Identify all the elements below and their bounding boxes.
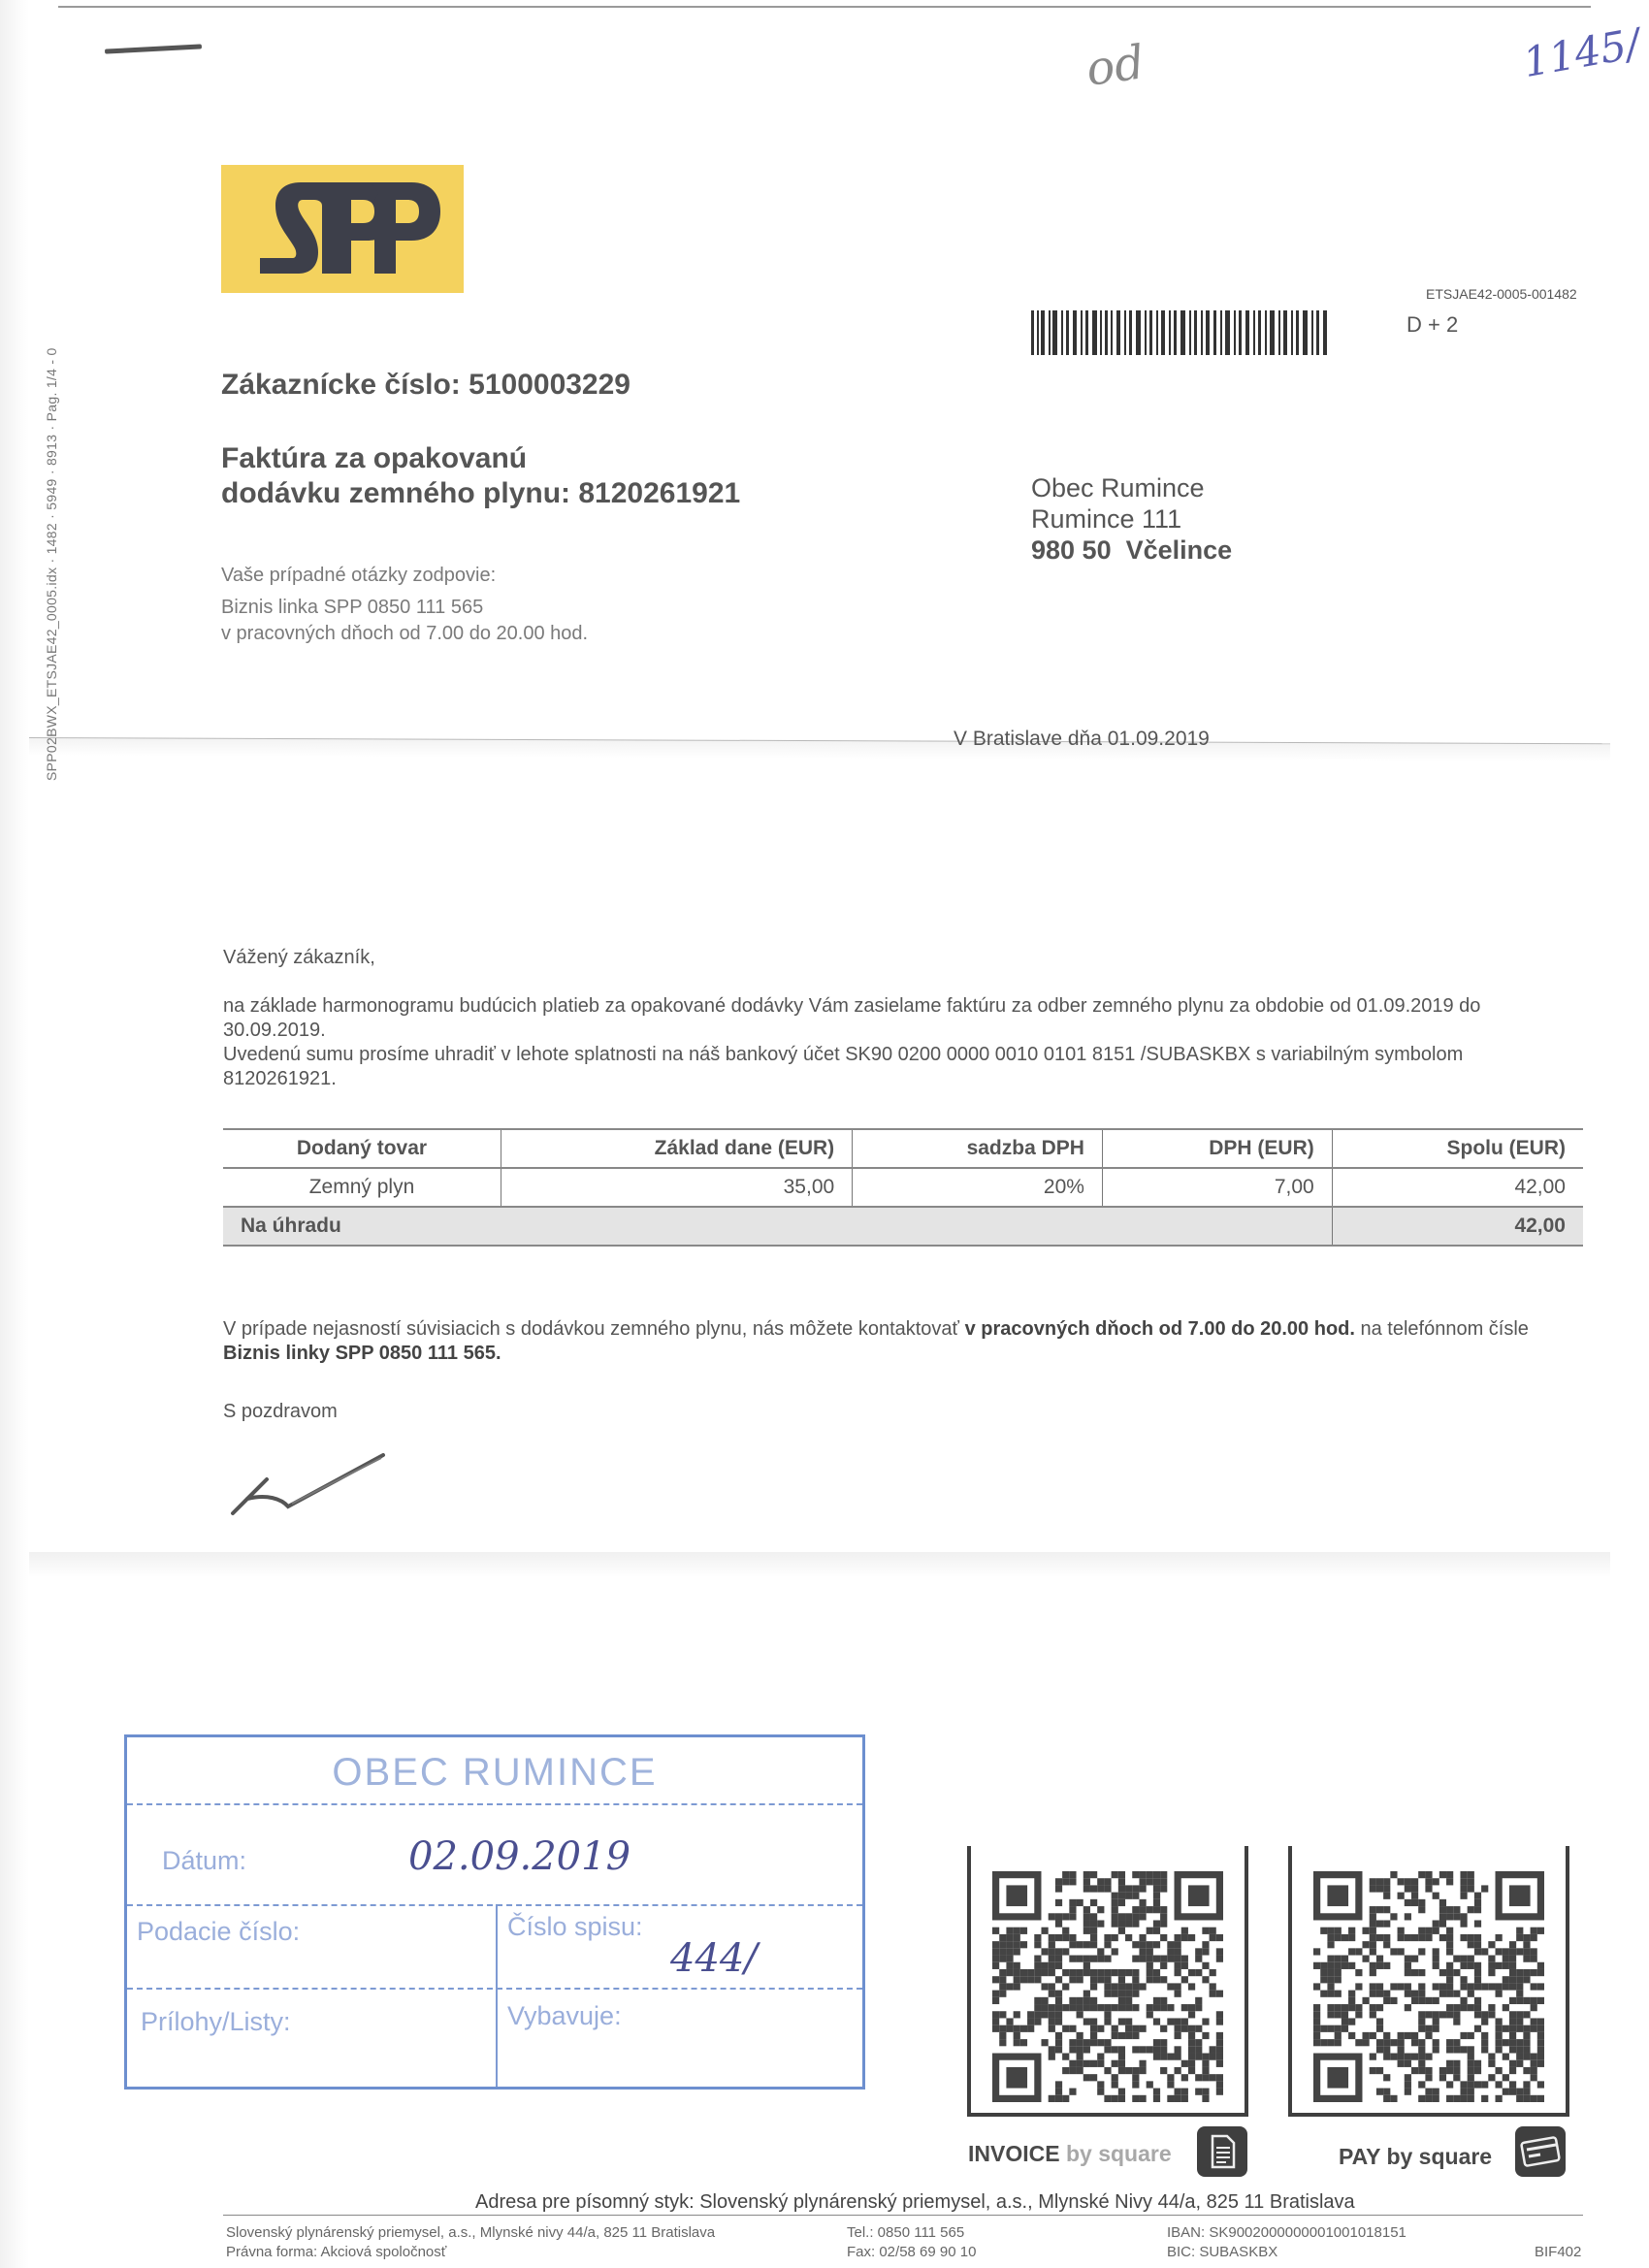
stamp-name: OBEC RUMINCE <box>127 1751 862 1795</box>
legal-form: Právna forma: Akciová spoločnosť <box>226 2243 715 2262</box>
note-text: V prípade nejasností súvisiacich s dodáv… <box>223 1318 965 1340</box>
spp-logo <box>221 165 464 293</box>
invoice-number: 8120261921 <box>578 477 740 509</box>
column-header: Základ dane (EUR) <box>501 1129 853 1168</box>
handwritten-registration-number: 1145/ <box>1520 19 1644 86</box>
page-fold <box>29 737 1610 761</box>
page-fold <box>29 1552 1610 1577</box>
table-header-row: Dodaný tovar Základ dane (EUR) sadzba DP… <box>223 1129 1583 1168</box>
by-square-label: by square <box>1066 2141 1172 2166</box>
stamp-attachments-label: Prílohy/Listy: <box>141 2007 291 2037</box>
footer-phone: Tel.: 0850 111 565 Fax: 02/58 69 90 10 <box>847 2223 976 2262</box>
regards: S pozdravom <box>223 1400 1581 1424</box>
document-code: ETSJAE42-0005-001482 <box>1426 286 1577 302</box>
stamp-file-number-value: 444/ <box>670 1936 758 1981</box>
letter-paragraph-2: Uvedenú sumu prosíme uhradiť v lehote sp… <box>223 1043 1581 1091</box>
signature <box>228 1450 403 1528</box>
footer-company: Slovenský plynárenský priemysel, a.s., M… <box>226 2223 715 2262</box>
vat-rate: 20% <box>853 1168 1103 1207</box>
note-phone: Biznis linky SPP 0850 111 565. <box>223 1343 501 1364</box>
contact-note: V prípade nejasností súvisiacich s dodáv… <box>223 1317 1581 1366</box>
total-value: 42,00 <box>1332 1207 1583 1246</box>
contact-heading: Vaše prípadné otázky zodpovie: <box>221 563 588 589</box>
invoice-qr-frame <box>967 1846 1248 2117</box>
stamp-date-value: 02.09.2019 <box>408 1834 630 1879</box>
handwritten-note: od <box>1083 35 1148 97</box>
scan-edge <box>0 0 29 2268</box>
letter-body: na základe harmonogramu budúcich platieb… <box>223 994 1581 1091</box>
invoice-title-line1: Faktúra za opakovanú <box>221 441 740 476</box>
greeting: Vážený zákazník, <box>223 946 1581 970</box>
footer-bic: BIC: SUBASKBX <box>1167 2243 1406 2262</box>
place-date: V Bratislave dňa 01.09.2019 <box>954 728 1210 751</box>
stamp-handled-by-label: Vybavuje: <box>507 2001 622 2031</box>
note-text: na telefónnom čísle <box>1355 1318 1529 1340</box>
invoice-table: Dodaný tovar Základ dane (EUR) sadzba DP… <box>223 1128 1583 1247</box>
footer-iban: IBAN: SK9002000000001001018151 <box>1167 2223 1406 2243</box>
column-header: DPH (EUR) <box>1102 1129 1332 1168</box>
pay-by-square-label: PAY by square <box>1339 2144 1492 2170</box>
side-index-text: SPP02BWX_ETSJAE42_0005.idx · 1482 · 5949… <box>44 347 59 781</box>
invoice-title-line2: dodávku zemného plynu: <box>221 477 570 509</box>
table-row: Zemný plyn 35,00 20% 7,00 42,00 <box>223 1168 1583 1207</box>
column-header: Spolu (EUR) <box>1332 1129 1583 1168</box>
pay-qr-code <box>1313 1871 1544 2102</box>
footer-fax: Fax: 02/58 69 90 10 <box>847 2243 976 2262</box>
footer-bank: IBAN: SK9002000000001001018151 BIC: SUBA… <box>1167 2223 1406 2262</box>
recipient-name: Obec Rumince <box>1031 472 1232 503</box>
contact-info: Vaše prípadné otázky zodpovie: Biznis li… <box>221 563 588 647</box>
column-header: Dodaný tovar <box>223 1129 501 1168</box>
recipient-address: Obec Rumince Rumince 111 980 50 Včelince <box>1031 472 1232 566</box>
footer-divider <box>223 2215 1583 2216</box>
vat-amount: 7,00 <box>1102 1168 1332 1207</box>
barcode <box>1031 310 1327 355</box>
customer-number: Zákaznícke číslo: 5100003229 <box>221 369 630 402</box>
invoice-title: Faktúra za opakovanú dodávku zemného ply… <box>221 441 740 511</box>
registry-stamp: OBEC RUMINCE Dátum: 02.09.2019 Podacie č… <box>124 1734 865 2090</box>
company-address: Slovenský plynárenský priemysel, a.s., M… <box>226 2223 715 2243</box>
stamp-file-number-label: Číslo spisu: <box>507 1912 643 1942</box>
stamp-filing-number-label: Podacie číslo: <box>137 1917 300 1947</box>
stamp-date-label: Dátum: <box>162 1846 246 1876</box>
recipient-city: 980 50 Včelince <box>1031 535 1232 566</box>
delivery-code: D + 2 <box>1406 312 1458 338</box>
note-hours: v pracovných dňoch od 7.00 do 20.00 hod. <box>965 1318 1355 1340</box>
correspondence-address: Adresa pre písomný styk: Slovenský plyná… <box>475 2191 1355 2214</box>
invoice-label: INVOICE <box>968 2141 1060 2166</box>
letter-paragraph-1: na základe harmonogramu budúcich platieb… <box>223 994 1581 1043</box>
row-total: 42,00 <box>1332 1168 1583 1207</box>
scan-top-edge <box>58 6 1591 8</box>
contact-hours: v pracovných dňoch od 7.00 do 20.00 hod. <box>221 621 588 647</box>
credit-card-icon <box>1515 2126 1566 2177</box>
invoice-qr-code <box>992 1871 1223 2102</box>
item-name: Zemný plyn <box>223 1168 501 1207</box>
customer-number-label: Zákaznícke číslo: <box>221 369 461 401</box>
recipient-street: Rumince 111 <box>1031 503 1232 535</box>
document-icon <box>1197 2126 1247 2177</box>
form-code: BIF402 <box>1535 2243 1581 2262</box>
footer-tel: Tel.: 0850 111 565 <box>847 2223 976 2243</box>
contact-phone: Biznis linka SPP 0850 111 565 <box>221 595 588 621</box>
pay-qr-frame <box>1288 1846 1569 2117</box>
total-row: Na úhradu 42,00 <box>223 1207 1583 1246</box>
total-label: Na úhradu <box>223 1207 1332 1246</box>
pen-mark <box>105 44 202 53</box>
customer-number-value: 5100003229 <box>469 369 630 401</box>
invoice-by-square-label: INVOICE by square <box>968 2141 1172 2167</box>
column-header: sadzba DPH <box>853 1129 1103 1168</box>
spp-logo-icon <box>221 165 464 293</box>
tax-base: 35,00 <box>501 1168 853 1207</box>
